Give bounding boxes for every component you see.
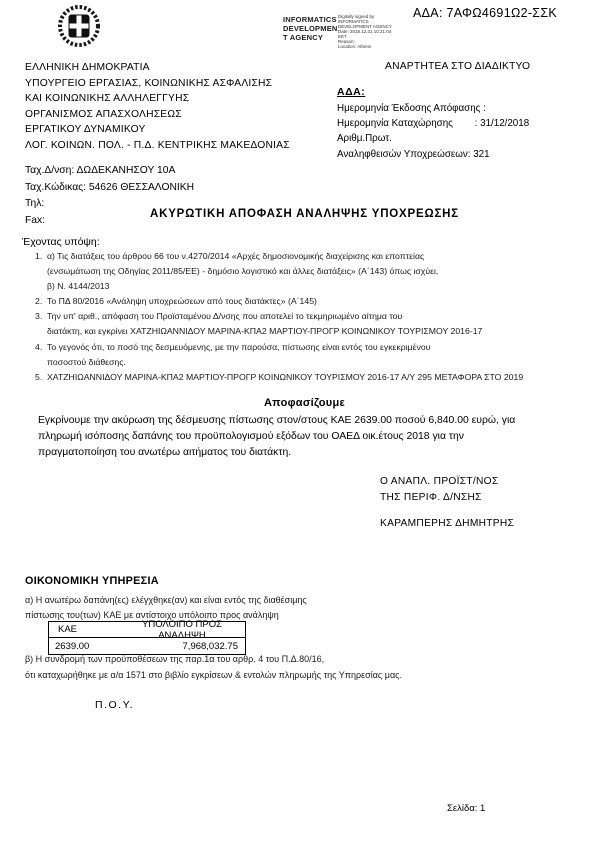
item-text: Το γεγονός ότι, το ποσό της δεσμευόμενης… bbox=[47, 340, 575, 370]
item-number: 3. bbox=[35, 309, 47, 324]
item-number: 4. bbox=[35, 340, 47, 355]
table-header-row: ΚΑΕ ΥΠΟΛΟΙΠΟ ΠΡΟΣ ΑΝΑΛΗΨΗ bbox=[49, 622, 245, 638]
table-header-kae: ΚΑΕ bbox=[49, 624, 119, 635]
ada-number-header: ΑΔΑ: 7ΑΦΩ4691Ω2-ΣΣΚ bbox=[413, 6, 557, 20]
document-title: ΑΚΥΡΩΤΙΚΗ ΑΠΟΦΑΣΗ ΑΝΑΛΗΨΗΣ ΥΠΟΧΡΕΩΣΗΣ bbox=[0, 208, 595, 220]
finance-check-b: β) Η συνδρομή των προϋποθέσεων της παρ.1… bbox=[25, 652, 402, 683]
digital-signature-details: Digitally signed by INFORMATICS DEVELOPM… bbox=[338, 14, 416, 49]
item-text: Την υπ' αριθ., απόφαση του Προϊσταμένου … bbox=[47, 309, 575, 339]
issuing-authority-block: ΕΛΛΗΝΙΚΗ ΔΗΜΟΚΡΑΤΙΑ ΥΠΟΥΡΓΕΙΟ ΕΡΓΑΣΙΑΣ, … bbox=[25, 60, 290, 154]
item-text: Το ΠΔ 80/2016 «Ανάληψη υποχρεώσεων από τ… bbox=[47, 294, 575, 309]
field-protocol-number: Αριθμ.Πρωτ. bbox=[337, 131, 529, 146]
field-obligations-number: Αναληφθεισών Υποχρεώσεων: 321 bbox=[337, 147, 529, 162]
preamble-item: 2. Το ΠΔ 80/2016 «Ανάληψη υποχρεώσεων απ… bbox=[35, 294, 575, 309]
table-header-balance: ΥΠΟΛΟΙΠΟ ΠΡΟΣ ΑΝΑΛΗΨΗ bbox=[119, 619, 245, 641]
decision-heading: Αποφασίζουμε bbox=[0, 397, 595, 409]
signature-stamp-agency: INFORMATICS DEVELOPMEN T AGENCY bbox=[283, 15, 343, 42]
item-text: α) Τις διατάξεις του άρθρου 66 του ν.427… bbox=[47, 249, 575, 294]
publish-notice: ΑΝΑΡΤΗΤΕΑ ΣΤΟ ΔΙΑΔΙΚΤΥΟ bbox=[385, 61, 530, 72]
greek-coat-of-arms-icon bbox=[56, 2, 102, 50]
decision-metadata: Ημερομηνία Έκδοσης Απόφασης : Ημερομηνία… bbox=[337, 101, 529, 162]
preamble-item: 4. Το γεγονός ότι, το ποσό της δεσμευόμε… bbox=[35, 340, 575, 370]
item-number: 1. bbox=[35, 249, 47, 264]
ada-label: ΑΔΑ: bbox=[337, 86, 365, 98]
poy-label: Π.Ο.Υ. bbox=[95, 699, 134, 711]
field-issue-date: Ημερομηνία Έκδοσης Απόφασης : bbox=[337, 101, 529, 116]
signer-name: ΚΑΡΑΜΠΕΡΗΣ ΔΗΜΗΤΡΗΣ bbox=[380, 518, 514, 529]
table-cell-kae: 2639.00 bbox=[49, 641, 119, 652]
kae-balance-table: ΚΑΕ ΥΠΟΛΟΙΠΟ ΠΡΟΣ ΑΝΑΛΗΨΗ 2639.00 7,968,… bbox=[48, 621, 246, 655]
item-number: 5. bbox=[35, 370, 47, 385]
preamble-item: 5. ΧΑΤΖΗΙΩΑΝΝΙΔΟΥ ΜΑΡΙΝΑ-ΚΠΑ2 ΜΑΡΤΙΟΥ-ΠΡ… bbox=[35, 370, 575, 385]
item-number: 2. bbox=[35, 294, 47, 309]
page-number-footer: Σελίδα: 1 bbox=[447, 803, 485, 814]
document-page: ΑΔΑ: 7ΑΦΩ4691Ω2-ΣΣΚ INFORMATICS DEVELOPM… bbox=[0, 0, 595, 842]
preamble-list: 1. α) Τις διατάξεις του άρθρου 66 του ν.… bbox=[35, 249, 575, 385]
preamble-heading: Έχοντας υπόψη: bbox=[22, 236, 100, 248]
preamble-item: 1. α) Τις διατάξεις του άρθρου 66 του ν.… bbox=[35, 249, 575, 294]
item-text: ΧΑΤΖΗΙΩΑΝΝΙΔΟΥ ΜΑΡΙΝΑ-ΚΠΑ2 ΜΑΡΤΙΟΥ-ΠΡΟΓΡ… bbox=[47, 370, 575, 385]
signer-title: Ο ΑΝΑΠΛ. ΠΡΟΪΣΤ/ΝΟΣ ΤΗΣ ΠΕΡΙΦ. Δ/ΝΣΗΣ bbox=[380, 474, 499, 505]
decision-body: Εγκρίνουμε την ακύρωση της δέσμευσης πίσ… bbox=[38, 413, 568, 461]
finance-section-heading: ΟΙΚΟΝΟΜΙΚΗ ΥΠΗΡΕΣΙΑ bbox=[25, 575, 159, 587]
field-registration-date: Ημερομηνία Καταχώρησης : 31/12/2018 bbox=[337, 116, 529, 131]
table-cell-balance: 7,968,032.75 bbox=[119, 641, 245, 652]
preamble-item: 3. Την υπ' αριθ., απόφαση του Προϊσταμέν… bbox=[35, 309, 575, 339]
